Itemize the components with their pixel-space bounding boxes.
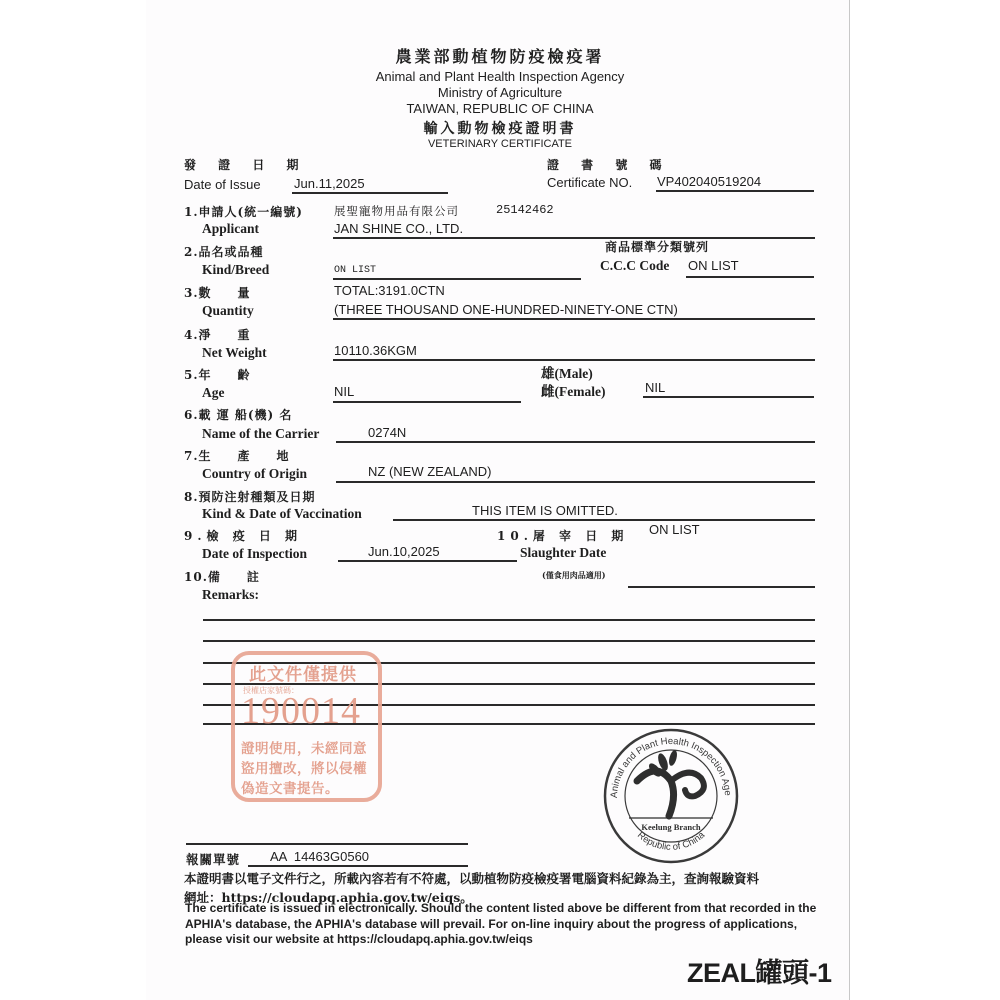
kind-label: Kind/Breed: [202, 262, 269, 278]
agency-name-en: Animal and Plant Health Inspection Agenc…: [0, 69, 1000, 84]
quantity-value-words: (THREE THOUSAND ONE-HUNDRED-NINETY-ONE C…: [334, 302, 678, 317]
inspection-date-label-cn: 9.檢 疫 日 期: [184, 527, 302, 544]
net-weight-label: Net Weight: [202, 345, 267, 361]
stamp-line-4: 盜用擅改，將以侵權: [241, 757, 367, 777]
net-weight-label-cn: 4.淨 重: [184, 326, 251, 343]
vaccination-label-cn: 8.預防注射種類及日期: [184, 488, 316, 505]
stamp-number: 190014: [241, 689, 361, 733]
certificate-no-value: VP402040519204: [657, 174, 761, 189]
kind-label-cn: 2.品名或品種: [184, 243, 264, 260]
divider: [333, 359, 815, 361]
document-title-cn: 輸入動物檢疫證明書: [0, 118, 1000, 138]
inspection-date-value: Jun.10,2025: [368, 544, 440, 559]
stamp-line-1: 此文件僅提供: [249, 660, 357, 685]
svg-text:Republic of China: Republic of China: [635, 829, 708, 853]
origin-label-cn: 7.生 產 地: [184, 447, 290, 464]
seal-emblem-icon: Animal and Plant Health Inspection Agenc…: [597, 726, 745, 866]
divider: [628, 586, 815, 588]
divider: [338, 560, 517, 562]
divider: [656, 190, 814, 192]
vaccination-label: Kind & Date of Vaccination: [202, 506, 362, 522]
footer-notice-cn: 本證明書以電子文件行之，所載內容若有不符處，以動植物防疫檢疫署電腦資料紀錄為主，…: [184, 869, 759, 887]
issue-date-label-cn: 發 證 日 期: [184, 156, 308, 173]
origin-value: NZ (NEW ZEALAND): [368, 464, 492, 479]
stamp-line-3: 證明使用，未經同意: [241, 737, 367, 757]
customs-no-value: AA 14463G0560: [270, 849, 369, 864]
divider: [333, 278, 581, 280]
quantity-value: TOTAL:3191.0CTN: [334, 283, 445, 298]
divider: [393, 519, 815, 521]
issue-date-value: Jun.11,2025: [294, 176, 365, 191]
country-name: TAIWAN, REPUBLIC OF CHINA: [0, 101, 1000, 116]
applicant-label: Applicant: [202, 221, 259, 237]
divider: [686, 276, 814, 278]
divider: [186, 843, 468, 845]
official-seal: Animal and Plant Health Inspection Agenc…: [597, 726, 745, 866]
applicant-name-cn: 展聖寵物用品有限公司: [334, 203, 459, 219]
document-title-en: VETERINARY CERTIFICATE: [0, 138, 1000, 150]
divider: [333, 237, 815, 239]
slaughter-date-label-cn: 10.屠 宰 日 期: [497, 527, 628, 544]
applicant-label-cn: 1.申請人(統一編號): [184, 203, 303, 220]
net-weight-value: 10110.36KGM: [334, 343, 417, 358]
remarks-label: Remarks:: [202, 587, 259, 603]
customs-no-label: 報關單號: [186, 850, 240, 868]
remarks-line: [203, 619, 815, 621]
carrier-label: Name of the Carrier: [202, 426, 319, 442]
male-label: 雄(Male): [541, 362, 593, 382]
ccc-code-value: ON LIST: [688, 258, 739, 273]
divider: [643, 396, 814, 398]
divider: [336, 481, 815, 483]
divider: [333, 401, 521, 403]
remarks-label-cn: 10.備 註: [184, 568, 260, 585]
applicant-tax-id: 25142462: [496, 203, 554, 217]
age-label-cn: 5.年 齡: [184, 366, 251, 383]
certificate-no-label-cn: 證 書 號 碼: [547, 156, 671, 173]
applicant-name-en: JAN SHINE CO., LTD.: [334, 221, 463, 236]
age-value: NIL: [334, 384, 354, 399]
stamp-line-5: 偽造文書提告。: [241, 777, 339, 797]
carrier-value: 0274N: [368, 425, 406, 440]
agency-name-cn: 農業部動植物防疫檢疫署: [0, 44, 1000, 67]
quantity-label: Quantity: [202, 303, 254, 319]
ccc-code-label: C.C.C Code: [600, 258, 669, 274]
issue-date-label: Date of Issue: [184, 177, 261, 192]
remarks-line: [203, 640, 815, 642]
slaughter-date-note: (僅食用肉品適用): [542, 570, 606, 581]
carrier-label-cn: 6.載 運 船(機) 名: [184, 406, 292, 423]
slaughter-date-value: ON LIST: [649, 522, 700, 537]
ccc-code-label-cn: 商品標準分類號列: [605, 238, 709, 255]
authorization-stamp: 此文件僅提供 授權店家號碼： 190014 證明使用，未經同意 盜用擅改，將以侵…: [231, 651, 382, 802]
quantity-label-cn: 3.數 量: [184, 284, 251, 301]
product-tag: ZEAL罐頭-1: [687, 951, 832, 990]
certificate-no-label: Certificate NO.: [547, 175, 632, 190]
svg-text:Keelung Branch: Keelung Branch: [641, 822, 701, 832]
vaccination-value: THIS ITEM IS OMITTED.: [472, 503, 618, 518]
female-label: 雌(Female): [541, 380, 605, 400]
footer-notice-en: The certificate is issued in electronica…: [185, 901, 835, 948]
divider: [248, 865, 468, 867]
age-label: Age: [202, 385, 225, 401]
inspection-date-label: Date of Inspection: [202, 546, 307, 562]
kind-value: ON LIST: [334, 265, 376, 276]
slaughter-date-label: Slaughter Date: [520, 545, 606, 561]
divider: [333, 318, 815, 320]
sex-value: NIL: [645, 380, 665, 395]
ministry-name: Ministry of Agriculture: [0, 85, 1000, 100]
divider: [292, 192, 448, 194]
origin-label: Country of Origin: [202, 466, 307, 482]
divider: [336, 441, 815, 443]
